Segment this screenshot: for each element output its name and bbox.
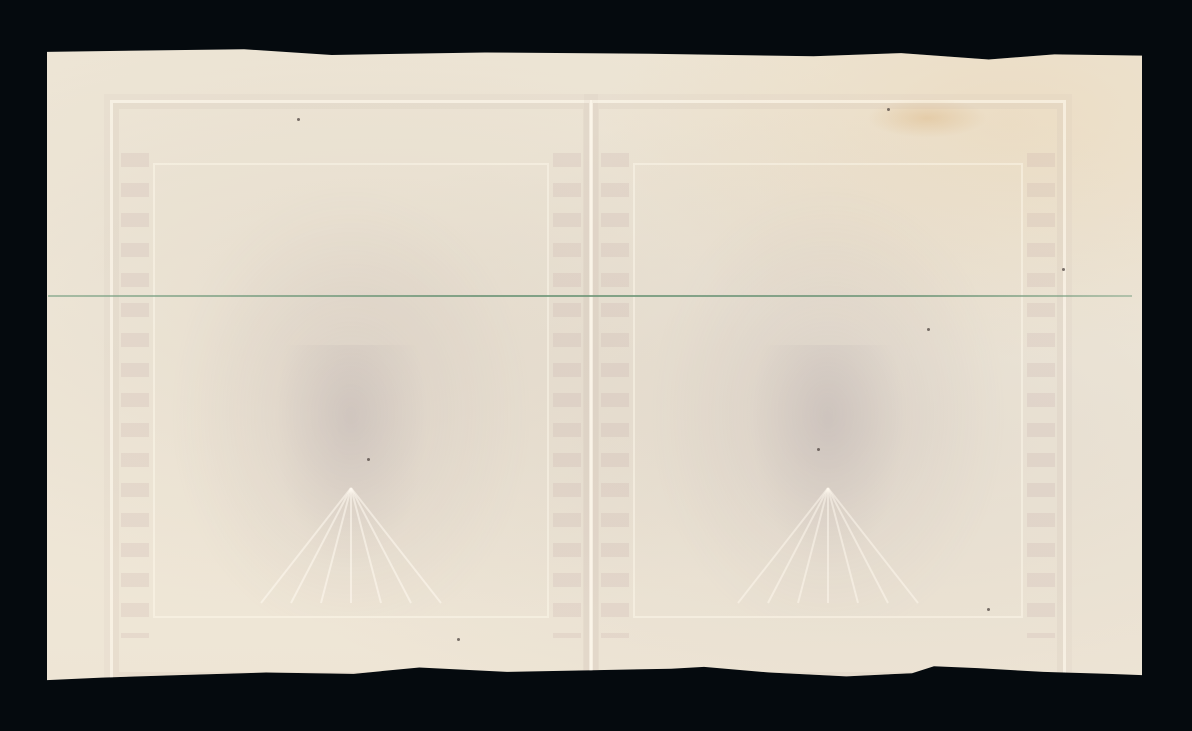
paper-speck xyxy=(367,458,370,461)
right-stamp-left-band xyxy=(601,153,629,638)
green-ruled-line xyxy=(48,295,1132,297)
right-stamp-right-band xyxy=(1027,153,1055,638)
right-stamp-sunburst xyxy=(718,478,938,608)
black-background xyxy=(0,0,1192,731)
paper-toning-stain xyxy=(867,98,987,138)
left-stamp-right-band xyxy=(553,153,581,638)
left-stamp-show-through xyxy=(110,100,592,681)
paper-speck xyxy=(987,608,990,611)
paper-speck xyxy=(817,448,820,451)
paper-speck xyxy=(1062,268,1065,271)
right-stamp-show-through xyxy=(590,100,1066,681)
paper-speck xyxy=(297,118,300,121)
left-stamp-sunburst xyxy=(241,478,461,608)
paper-speck xyxy=(457,638,460,641)
paper-speck xyxy=(887,108,890,111)
paper-speck xyxy=(927,328,930,331)
left-stamp-left-band xyxy=(121,153,149,638)
stamp-pair-paper xyxy=(47,48,1142,684)
